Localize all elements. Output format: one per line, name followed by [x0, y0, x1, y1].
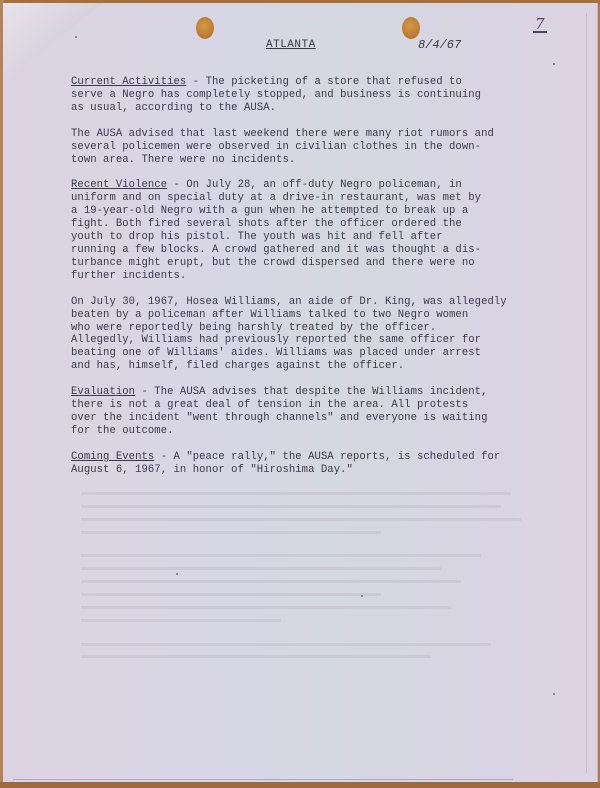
- bleed-through-line: [81, 518, 521, 521]
- bleed-through-line: [81, 606, 451, 609]
- paragraph-text: - On July 28, an off-duty Negro policema…: [71, 179, 481, 281]
- section-lead: Coming Events: [71, 451, 154, 463]
- bleed-through-line: [81, 593, 381, 596]
- document-page: 7 ATLANTA 8/4/67 Current Activities - Th…: [3, 3, 598, 782]
- paragraph-williams-incident: On July 30, 1967, Hosea Williams, an aid…: [71, 296, 531, 373]
- document-date: 8/4/67: [418, 38, 461, 52]
- paragraph-current-activities: Current Activities - The picketing of a …: [71, 76, 531, 115]
- folded-corner: [3, 3, 103, 83]
- desk-surface-bottom: [0, 782, 600, 788]
- paragraph-recent-violence: Recent Violence - On July 28, an off-dut…: [71, 179, 531, 282]
- paper-speck: [553, 693, 555, 695]
- document-heading: ATLANTA: [266, 39, 316, 51]
- bleed-through-line: [81, 619, 281, 622]
- paper-speck: [176, 573, 178, 575]
- paragraph-riot-rumors: The AUSA advised that last weekend there…: [71, 128, 531, 167]
- bleed-through-line: [81, 531, 381, 534]
- punch-hole-right: [402, 17, 420, 39]
- section-lead: Current Activities: [71, 76, 186, 88]
- bleed-through-line: [81, 567, 441, 570]
- paragraph-coming-events: Coming Events - A "peace rally," the AUS…: [71, 451, 531, 477]
- section-lead: Recent Violence: [71, 179, 167, 191]
- page-edge-shadow: [586, 13, 587, 773]
- bleed-through-line: [81, 505, 501, 508]
- paper-speck: [361, 595, 363, 597]
- page-bottom-edge: [13, 779, 513, 780]
- paragraph-evaluation: Evaluation - The AUSA advises that despi…: [71, 386, 531, 438]
- paragraph-text: The AUSA advised that last weekend there…: [71, 128, 494, 166]
- bleed-through-line: [81, 554, 481, 557]
- punch-hole-left: [196, 17, 214, 39]
- handwritten-page-number: 7: [533, 17, 547, 33]
- bleed-through-line: [81, 492, 511, 495]
- bleed-through-line: [81, 643, 491, 646]
- paragraph-text: On July 30, 1967, Hosea Williams, an aid…: [71, 296, 507, 373]
- paper-speck: [75, 36, 77, 38]
- paper-speck: [553, 63, 555, 65]
- document-body: Current Activities - The picketing of a …: [71, 76, 531, 490]
- bleed-through-line: [81, 580, 461, 583]
- section-lead: Evaluation: [71, 386, 135, 398]
- bleed-through-line: [81, 655, 431, 658]
